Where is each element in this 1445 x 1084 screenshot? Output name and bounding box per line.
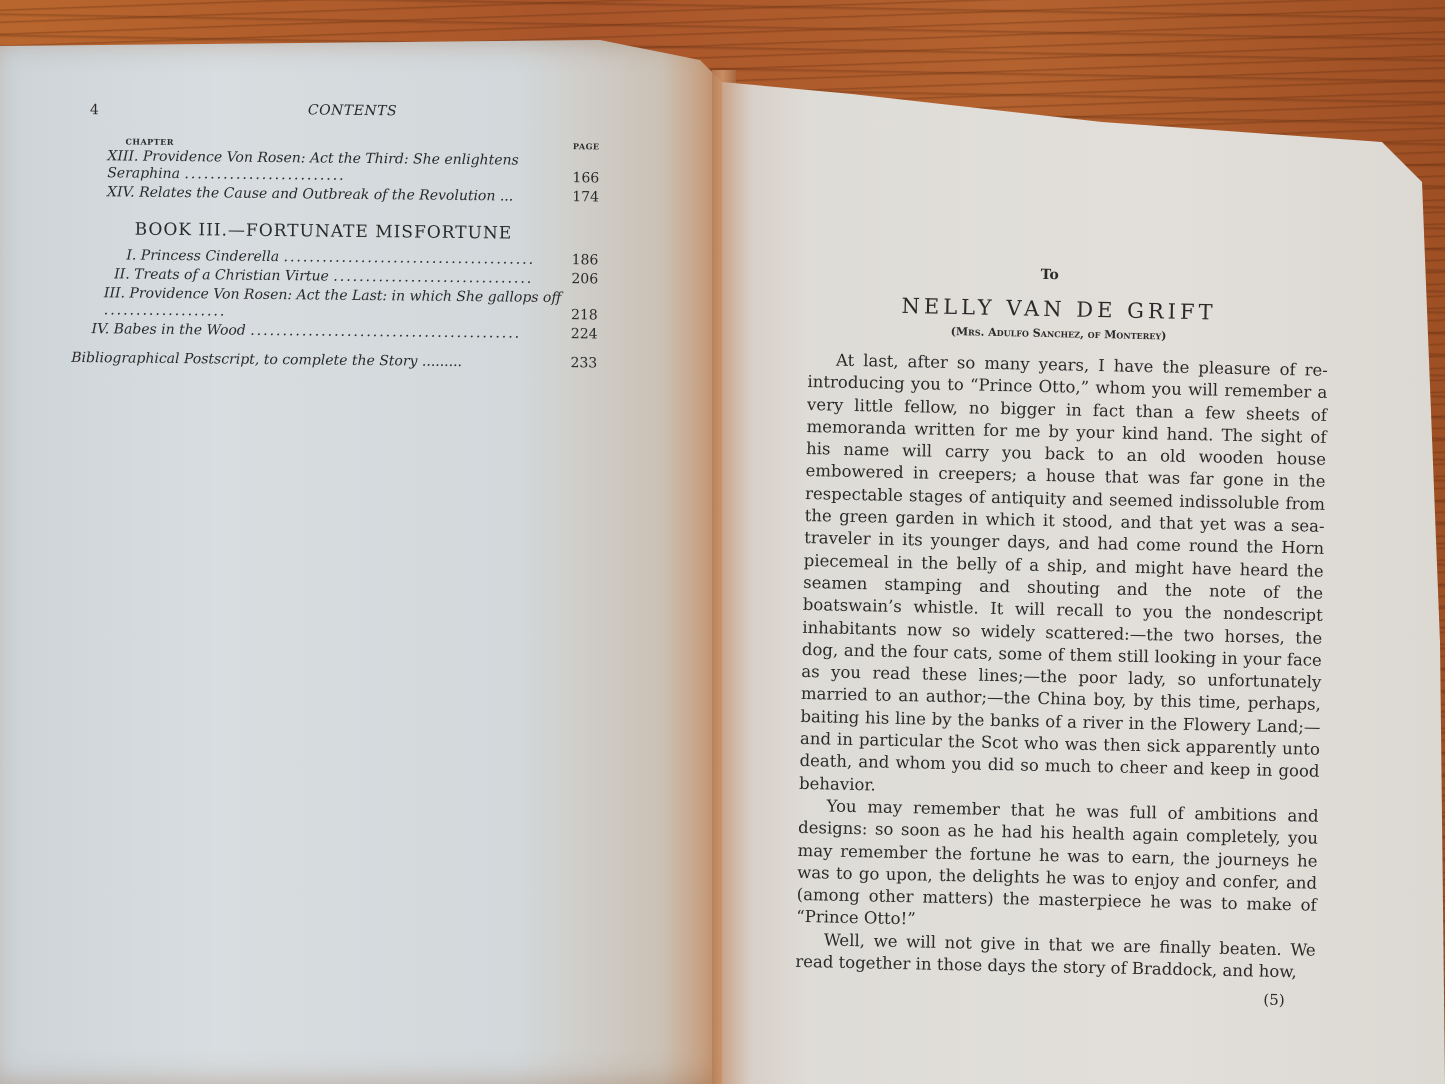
toc-entry: XIV. Relates the Cause and Outbreak of t… bbox=[79, 184, 599, 206]
chapter-number: XIII. bbox=[107, 148, 138, 164]
dedicatee-subtitle: (Mrs. Adulfo Sanchez, of Monterey) bbox=[788, 322, 1328, 346]
book-heading: BOOK III.—FORTUNATE MISFORTUNE bbox=[135, 220, 599, 245]
chapter-title: Princess Cinderella bbox=[141, 248, 279, 265]
chapter-number: XIV. bbox=[107, 184, 135, 200]
page-ref: 224 bbox=[563, 326, 597, 343]
chapter-title: Relates the Cause and Outbreak of the Re… bbox=[139, 185, 495, 205]
chapter-title: Treats of a Christian Virtue bbox=[134, 267, 329, 285]
chapter-number: I. bbox=[126, 247, 136, 263]
paragraph: You may remember that he was full of amb… bbox=[796, 795, 1319, 940]
chapter-title: Babes in the Wood bbox=[114, 321, 246, 338]
dedication-page: To NELLY VAN DE GRIFT (Mrs. Adulfo Sanch… bbox=[795, 262, 1330, 1010]
dedicatee-name: NELLY VAN DE GRIFT bbox=[789, 292, 1329, 327]
toc-entry: IV. Babes in the Wood ..................… bbox=[78, 321, 598, 343]
chapter-number: III. bbox=[104, 285, 125, 301]
paragraph: Well, we will not give in that we are fi… bbox=[795, 929, 1316, 984]
page-number: 4 bbox=[90, 102, 99, 118]
page-ref: 186 bbox=[564, 252, 598, 269]
chapter-col-head: CHAPTER bbox=[126, 136, 174, 147]
chapter-number: II. bbox=[114, 266, 130, 282]
page-ref: 218 bbox=[564, 307, 598, 324]
toc-entry: III. Providence Von Rosen: Act the Last:… bbox=[78, 285, 598, 324]
page-ref: 174 bbox=[565, 189, 599, 206]
page-ref: 206 bbox=[564, 271, 598, 288]
page-ref: 166 bbox=[565, 170, 599, 187]
contents-page: 4 CONTENTS CHAPTER PAGE XIII. Providence… bbox=[77, 100, 600, 371]
running-head-title: CONTENTS bbox=[308, 102, 397, 119]
chapter-number: IV. bbox=[92, 321, 110, 337]
toc-entry: XIII. Providence Von Rosen: Act the Thir… bbox=[79, 148, 599, 187]
paragraph: At last, after so many years, I have the… bbox=[799, 349, 1328, 806]
running-header: 4 CONTENTS bbox=[80, 100, 600, 129]
page-ref: 233 bbox=[557, 355, 597, 371]
page-col-head: PAGE bbox=[573, 141, 600, 151]
